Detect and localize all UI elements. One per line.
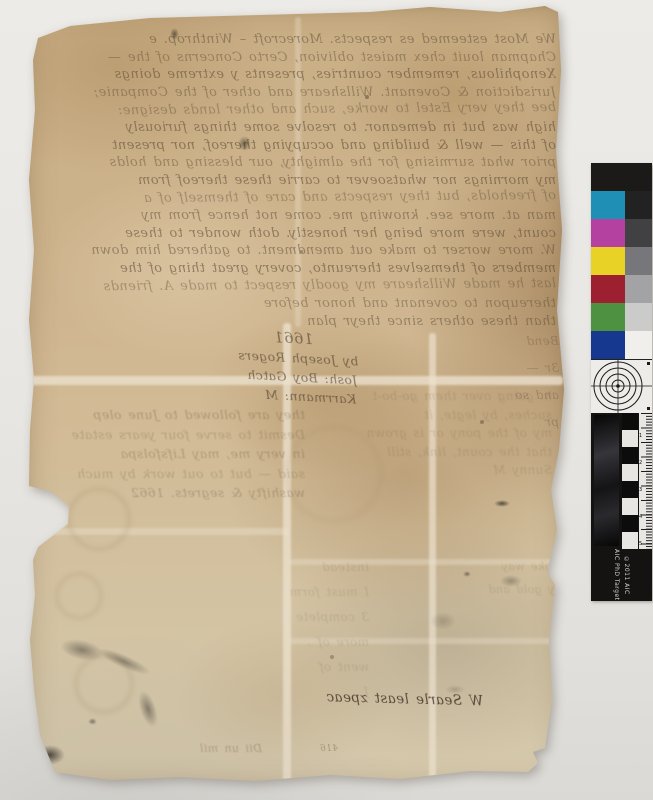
manuscript-line: We Most esteemed es respects. Morecroft … [35,31,556,49]
ink-smudge [430,612,456,630]
text-fragment: instead [147,555,369,580]
text-fragment: Bend [433,328,559,355]
text-fragment: Sunny M [300,461,552,480]
target-black-header-patch [591,163,652,191]
patch-magenta [591,219,625,247]
manuscript-line: prior what surmising for the almighty, o… [35,154,556,172]
patch-blue [591,331,625,359]
mid-faint-fragments: h. going over them go-bo-tsuches, by leg… [300,387,552,480]
ink-speck [170,28,179,40]
note-line: Dii un mil [112,742,262,755]
gloss-reference-strip [594,415,619,546]
patch-gray-4 [625,275,652,303]
text-fragment: more of . [147,630,369,655]
bottom-faint-fragments-left: insteadI must form3 completemore of .wen… [147,555,369,705]
color-calibration-target: 12345 AIC PhD Target ©2011 AIC [591,163,652,600]
water-ring-stain [55,572,103,620]
patch-row [591,191,652,219]
lower-left-text-block: they are followed to June olepDesmit to … [33,405,305,503]
text-fragment: 3r — [433,355,559,382]
manuscript-line: high was but in demeanor. to resolve som… [35,119,556,137]
manuscript-line: washifty & segrets. 1662 [33,483,305,503]
manuscript-line: W. more worser to make out amendment. to… [35,242,556,260]
ink-smudge [500,575,522,587]
ruler-section: 12345 [591,413,652,549]
manuscript-line: man at. more see. knowing me. come not h… [35,207,556,225]
text-fragment: suches, by legte, it [300,406,552,425]
paper-sheet: 45 We Most esteemed es respects. Morecro… [25,5,565,790]
manuscript-line: in very me, may Lifsfolspa [33,444,305,464]
target-label-title: AIC PhD Target [613,549,620,600]
target-label-copyright: ©2011 AIC [623,556,630,595]
bullseye-registration-target [591,359,652,413]
ink-speck [300,250,303,253]
patch-row [591,303,652,331]
fold-crease-horizontal-left [25,528,289,535]
ruler-number: 4 [639,504,647,531]
manuscript-line: my mornings nor whatsoever to carrie the… [35,172,556,190]
manuscript-line: bee they very Estel to worke, such and o… [35,100,556,121]
photograph-stage: 45 We Most esteemed es respects. Morecro… [0,0,653,800]
text-fragment: I must form [147,580,369,605]
ink-speck [365,95,369,99]
patch-white [625,331,652,359]
bottom-small-mark: 416 [298,744,338,754]
patch-row [591,275,652,303]
ink-smudge [445,685,465,694]
text-fragment: my of the pony or is grown [300,424,552,443]
mark-line: 416 [298,744,338,754]
patch-gray-3 [625,247,652,275]
manuscript-line: count, were more being her honestly. dot… [35,225,556,243]
ink-speck [330,655,334,659]
patch-row [591,247,652,275]
archival-corner-mark: 45 [41,11,57,26]
bottom-faint-fragments-right: spoke waymy gold ands [453,555,565,624]
ruler-checker-scale [622,413,638,549]
manuscript-text-block: We Most esteemed es respects. Morecroft … [35,31,556,330]
manuscript-paper: 45 We Most esteemed es respects. Morecro… [25,5,565,790]
patch-row [591,219,652,247]
text-fragment: h. going over them go-bo-t [300,387,552,406]
manuscript-line: last he made Willsheare my goodly respec… [35,275,556,296]
ink-speck [480,420,484,424]
manuscript-line: Xenophilous, remember countries, present… [35,66,556,84]
ruler-number: 3 [639,477,647,504]
text-fragment: 3 complete [147,605,369,630]
bullseye-icon [591,360,652,413]
patch-yellow [591,247,625,275]
manuscript-line: of freeholds, but they respects and care… [35,188,556,209]
manuscript-line: they are followed to June olep [33,405,305,425]
patch-gray-5 [625,303,652,331]
manuscript-line: Chapman louit chex maiest oblivion, Cert… [35,49,556,67]
ink-speck [463,571,471,577]
patch-red [591,275,625,303]
text-fragment: went of [147,655,369,680]
patch-gray-2 [625,219,652,247]
patch-row [591,331,652,359]
manuscript-line: members of themselves thereunto, covery … [35,260,556,278]
manuscript-line: thereupon to covenant and honor before [35,295,556,313]
ruler-number: 5 [639,531,647,558]
patch-green [591,303,625,331]
text-fragment: s [453,601,565,624]
bottom-left-note: Dii un mil [112,742,262,755]
manuscript-line: Desmit to serve four years estate [33,425,305,445]
manuscript-line: of this — well & building and occupying … [35,137,556,155]
ink-speck [88,718,97,725]
ink-speck [238,136,251,151]
ruler-numbers: 12345 [639,423,647,549]
manuscript-line: said — but to out work by much [33,464,305,484]
ruler-number: 2 [639,450,647,477]
ruler-number: 1 [639,423,647,450]
patch-gray-1 [625,191,652,219]
patch-cyan [591,191,625,219]
ink-dash [494,500,510,507]
ink-stamp-blob [35,745,65,765]
text-fragment: that the count, link, still [300,443,552,462]
